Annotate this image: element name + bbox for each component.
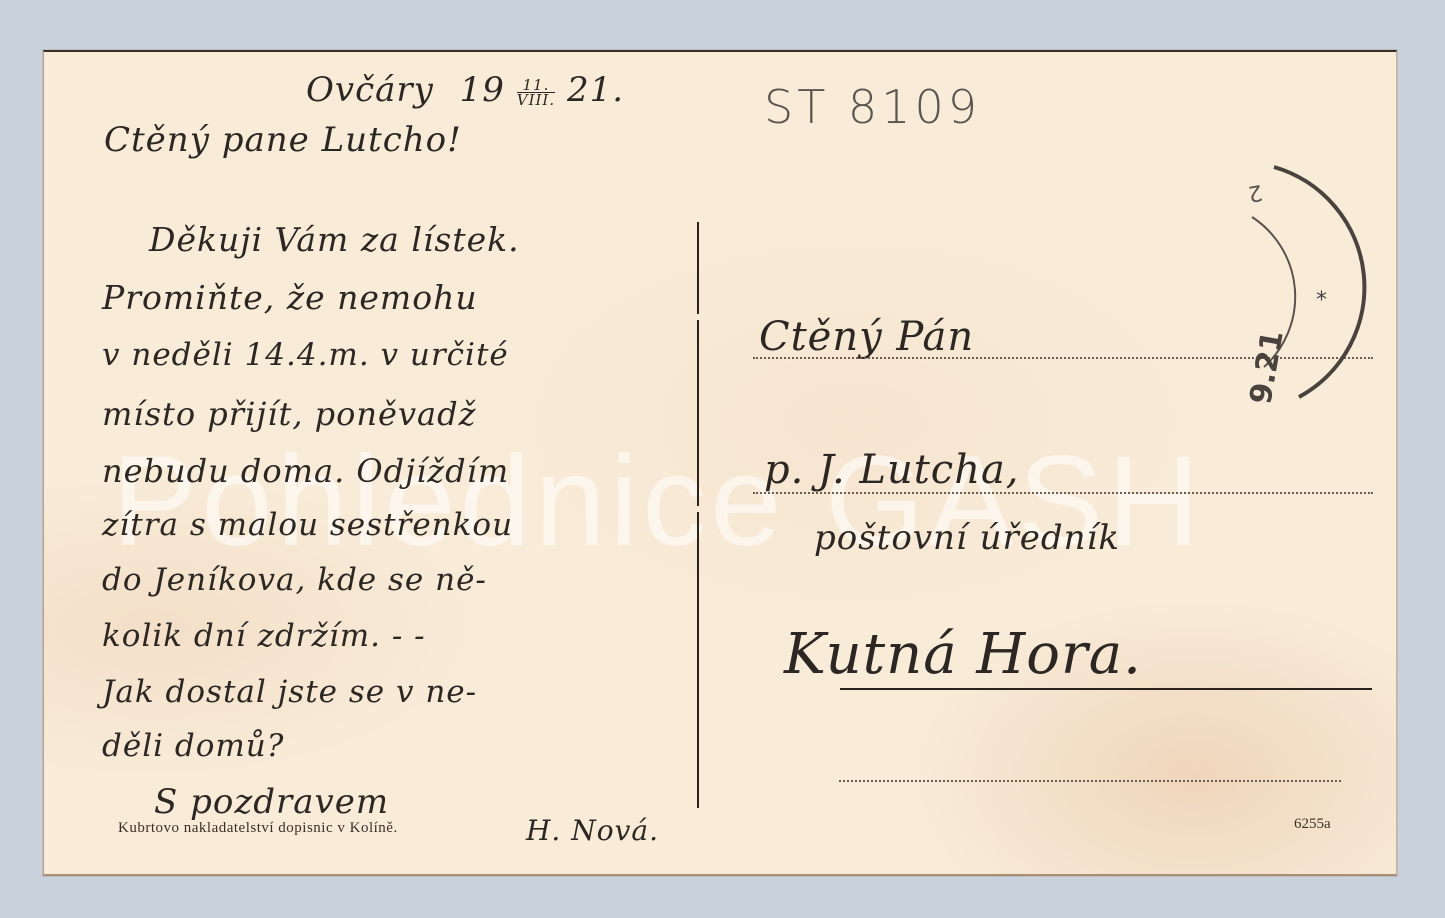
address-rule (839, 780, 1341, 782)
postcard: Pohlednice GASH Ovčáry 19 11. VIII. 21. … (43, 50, 1397, 876)
svg-text:2: 2 (1246, 179, 1264, 206)
message-line: do Jeníkova, kde se ně- (102, 562, 487, 598)
address-line: Kutná Hora. (784, 622, 1142, 687)
address-line: p. J. Lutcha, (764, 447, 1020, 493)
message-line: kolik dní zdržím. - - (102, 618, 426, 654)
place-date: Ovčáry 19 11. VIII. 21. (306, 70, 624, 110)
message-line: v neděli 14.4.m. v určité (102, 337, 509, 373)
divider-line (697, 222, 699, 314)
address-line: Ctěný Pán (759, 314, 974, 360)
closing: S pozdravem (154, 782, 389, 822)
message-line: Děkuji Vám za lístek. (149, 220, 520, 259)
address-line: poštovní úředník (814, 518, 1120, 558)
salutation: Ctěný pane Lutcho! (104, 120, 462, 160)
address-rule (753, 492, 1373, 494)
message-line: Jak dostal jste se v ne- (102, 674, 477, 710)
message-line: místo přijít, poněvadž (102, 395, 476, 433)
svg-text:9.21: 9.21 (1243, 328, 1290, 407)
address-underline (840, 688, 1372, 690)
pencil-note: ST 8109 (764, 80, 981, 134)
date-fraction: 11. VIII. (517, 78, 555, 107)
message-line: zítra s malou sestřenkou (102, 507, 513, 543)
publisher-imprint: Kubrtovo nakladatelství dopisnic v Kolín… (118, 820, 398, 837)
message-line: děli domů? (102, 728, 284, 764)
postmark-icon: * 2 9.21 (1124, 157, 1384, 417)
place: Ovčáry (306, 70, 434, 110)
catalog-number: 6255a (1294, 816, 1331, 833)
signature: H. Nová. (526, 814, 659, 847)
message-line: nebudu doma. Odjíždím (102, 452, 509, 490)
divider-line (697, 512, 699, 808)
divider-line (697, 320, 699, 506)
message-line: Promiňte, že nemohu (102, 278, 478, 317)
svg-text:*: * (1316, 288, 1327, 313)
